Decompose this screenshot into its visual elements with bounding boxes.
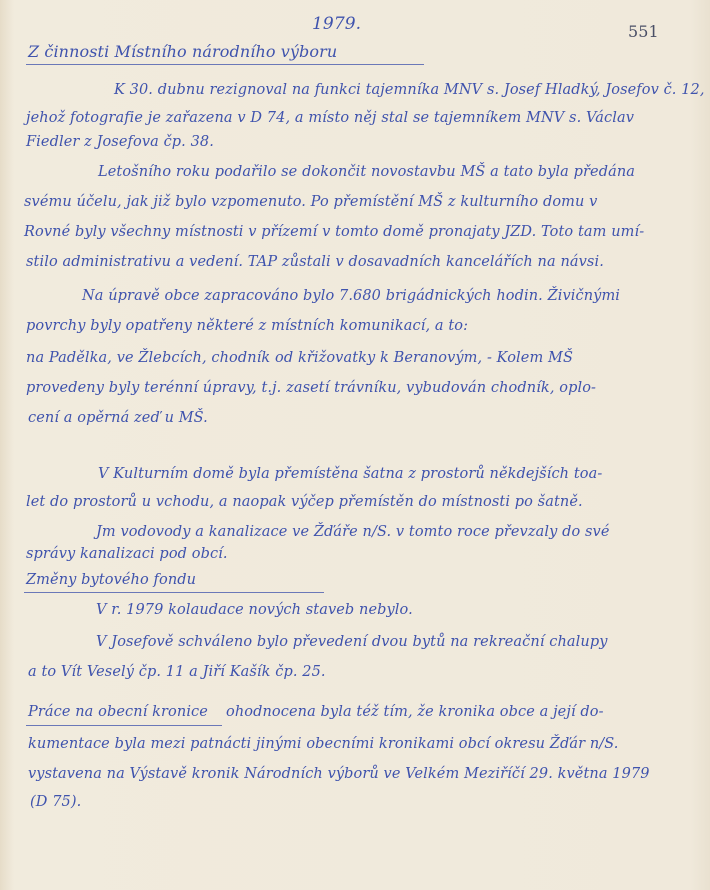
- text-line: kumentace byla mezi patnácti jinými obec…: [28, 736, 618, 752]
- text-line: vystavena na Výstavě kronik Národních vý…: [28, 766, 650, 782]
- text-line: Letošního roku podařilo se dokončit novo…: [98, 164, 635, 180]
- heading-underline: [26, 725, 222, 726]
- page-number: 551: [628, 22, 659, 41]
- text-line: V Kulturním domě byla přemístěna šatna z…: [98, 466, 602, 482]
- section-heading-chronicle: Práce na obecní kronice: [28, 704, 208, 720]
- text-line: ohodnocena byla též tím, že kronika obce…: [226, 704, 604, 720]
- text-line: (D 75).: [30, 794, 81, 810]
- year-heading: 1979.: [312, 14, 361, 34]
- section-heading-mnv: Z činnosti Místního národního výboru: [28, 42, 337, 61]
- heading-underline: [24, 592, 324, 593]
- section-heading-housing: Změny bytového fondu: [26, 572, 196, 588]
- heading-underline: [26, 64, 424, 65]
- text-line: správy kanalizaci pod obcí.: [26, 546, 228, 562]
- text-line: Jm vodovody a kanalizace ve Žďáře n/S. v…: [96, 524, 610, 540]
- text-line: K 30. dubnu rezignoval na funkci tajemní…: [114, 82, 705, 98]
- chronicle-page: 1979. 551 Z činnosti Místního národního …: [0, 0, 710, 890]
- text-line: na Padělka, ve Žlebcích, chodník od křiž…: [26, 350, 573, 366]
- text-line: let do prostorů u vchodu, a naopak výčep…: [26, 494, 583, 510]
- text-line: jehož fotografie je zařazena v D 74, a m…: [26, 110, 634, 126]
- text-line: V Josefově schváleno bylo převedení dvou…: [96, 634, 608, 650]
- text-line: cení a opěrná zeď u MŠ.: [28, 410, 208, 426]
- text-line: svému účelu, jak již bylo vzpomenuto. Po…: [24, 194, 597, 210]
- text-line: povrchy byly opatřeny některé z místních…: [26, 318, 468, 334]
- text-line: stilo administrativu a vedení. TAP zůsta…: [26, 254, 604, 270]
- text-line: a to Vít Veselý čp. 11 a Jiří Kašík čp. …: [28, 664, 326, 680]
- text-line: Fiedler z Josefova čp. 38.: [26, 134, 214, 150]
- text-line: Rovné byly všechny místnosti v přízemí v…: [24, 224, 644, 240]
- text-line: provedeny byly terénní úpravy, t.j. zase…: [26, 380, 596, 396]
- text-line: V r. 1979 kolaudace nových staveb nebylo…: [96, 602, 413, 618]
- text-line: Na úpravě obce zapracováno bylo 7.680 br…: [82, 288, 620, 304]
